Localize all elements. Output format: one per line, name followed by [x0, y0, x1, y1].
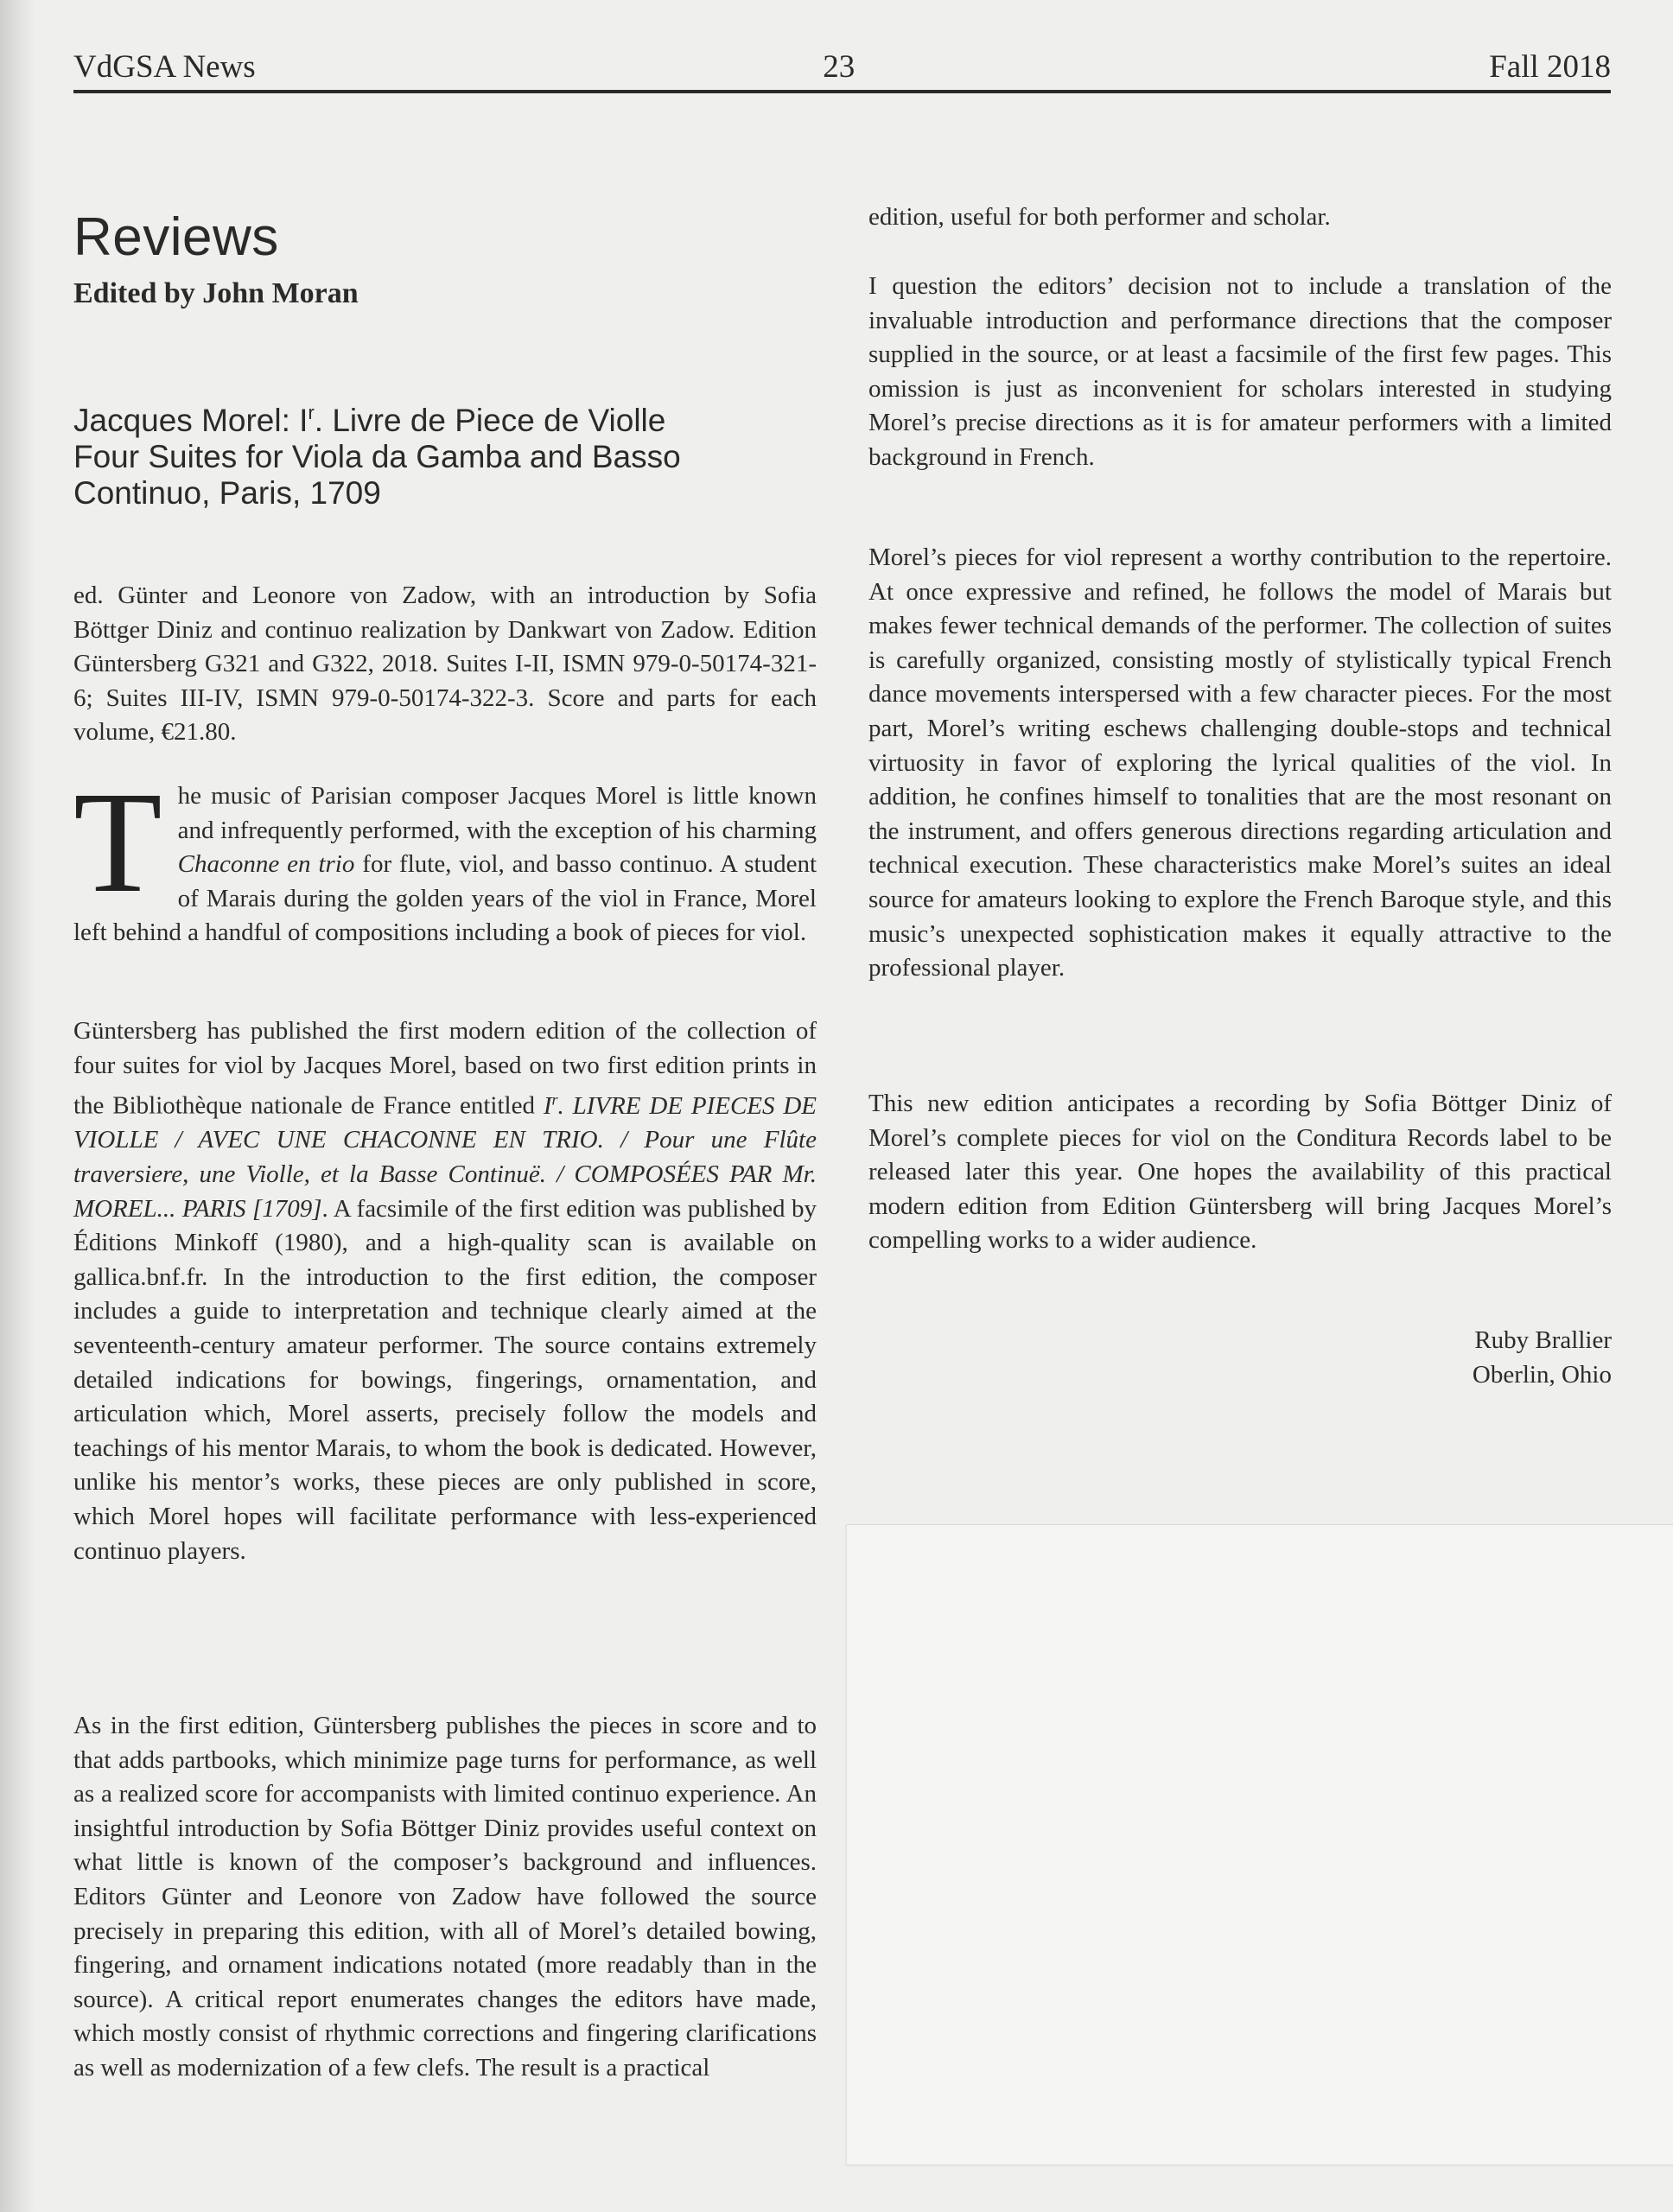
- page-number: 23: [823, 48, 855, 86]
- pasted-blank-sheet: [846, 1524, 1673, 2165]
- paragraph-partbooks: As in the first edition, Güntersberg pub…: [73, 1709, 817, 2086]
- paragraph-assessment: Morel’s pieces for viol represent a wort…: [868, 541, 1612, 986]
- work-title-italic: Chaconne en trio: [178, 850, 355, 878]
- reviewer-location: Oberlin, Ohio: [1473, 1358, 1612, 1393]
- reviewer-signature: Ruby Brallier Oberlin, Ohio: [1473, 1324, 1612, 1392]
- reviewer-name: Ruby Brallier: [1473, 1324, 1612, 1358]
- paragraph-intro: The music of Parisian composer Jacques M…: [73, 779, 817, 950]
- paragraph-edition: Güntersberg has published the first mode…: [73, 1014, 817, 1568]
- drop-cap: T: [73, 786, 162, 907]
- paragraph-continued: edition, useful for both performer and s…: [868, 200, 1612, 235]
- page-edge-shadow: [0, 0, 35, 2212]
- review-title: Jacques Morel: Ir. Livre de Piece de Vio…: [73, 403, 834, 512]
- section-editor: Edited by John Moran: [73, 275, 359, 313]
- review-title-line-2: Four Suites for Viola da Gamba and Basso: [73, 439, 834, 475]
- paragraph-translation-critique: I question the editors’ decision not to …: [868, 270, 1612, 475]
- publication-name: VdGSA News: [73, 48, 256, 90]
- section-title: Reviews: [73, 207, 279, 268]
- review-title-line-3: Continuo, Paris, 1709: [73, 475, 834, 512]
- issue-label: Fall 2018: [1489, 48, 1611, 90]
- bibliographic-citation: ed. Günter and Leonore von Zadow, with a…: [73, 579, 817, 750]
- running-header: VdGSA News 23 Fall 2018: [73, 45, 1611, 93]
- review-title-line-1: Jacques Morel: Ir. Livre de Piece de Vio…: [73, 403, 834, 439]
- paragraph-recording: This new edition anticipates a recording…: [868, 1087, 1612, 1258]
